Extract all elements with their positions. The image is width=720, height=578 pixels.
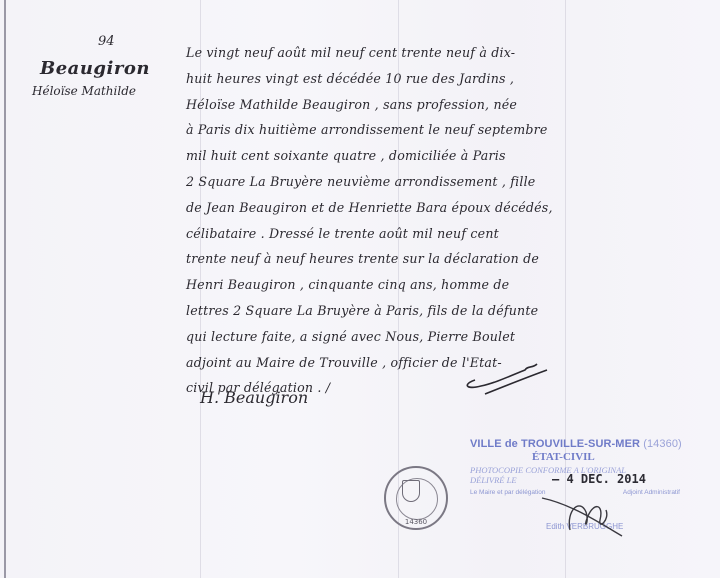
record-line: à Paris dix huitième arrondissement le n… xyxy=(186,117,606,143)
clerk-signature xyxy=(540,490,630,540)
record-line: célibataire . Dressé le trente août mil … xyxy=(186,221,606,247)
page-edge-line xyxy=(4,0,6,578)
record-line: qui lecture faite, a signé avec Nous, Pi… xyxy=(186,324,606,350)
stamp-delivered-label: DÉLIVRÉ LE xyxy=(470,475,517,485)
municipal-seal: 14360 xyxy=(384,466,448,530)
record-line: Héloïse Mathilde Beaugiron , sans profes… xyxy=(186,92,606,118)
document-page: 94 Beaugiron Héloïse Mathilde Le vingt n… xyxy=(0,0,720,578)
officer-signature xyxy=(455,358,555,398)
shield-icon xyxy=(402,480,420,502)
record-line: Henri Beaugiron , cinquante cinq ans, ho… xyxy=(186,272,606,298)
record-line: mil huit cent soixante quatre , domicili… xyxy=(186,143,606,169)
record-line: huit heures vingt est décédée 10 rue des… xyxy=(186,66,606,92)
entry-number: 94 xyxy=(98,34,115,49)
margin-given-names: Héloïse Mathilde xyxy=(32,84,136,98)
stamp-postcode: (14360) xyxy=(643,438,682,450)
record-line: de Jean Beaugiron et de Henriette Bara é… xyxy=(186,195,606,221)
record-line: 2 Square La Bruyère neuvième arrondissem… xyxy=(186,169,606,195)
stamp-city: VILLE de TROUVILLE-SUR-MER xyxy=(470,438,640,450)
stamp-role: Adjoint Administratif xyxy=(623,489,680,496)
record-line: Le vingt neuf août mil neuf cent trente … xyxy=(186,40,606,66)
margin-surname: Beaugiron xyxy=(40,58,150,79)
stamp-office: ÉTAT-CIVIL xyxy=(532,451,720,463)
stamp-date: – 4 DEC. 2014 xyxy=(552,472,646,486)
seal-postcode: 14360 xyxy=(386,518,446,526)
declarant-signature: H. Beaugiron xyxy=(200,388,308,407)
record-line: trente neuf à neuf heures trente sur la … xyxy=(186,246,606,272)
record-line: lettres 2 Square La Bruyère à Paris, fil… xyxy=(186,298,606,324)
stamp-mayor-line: Le Maire et par délégation xyxy=(470,489,546,496)
record-body: Le vingt neuf août mil neuf cent trente … xyxy=(186,40,606,401)
